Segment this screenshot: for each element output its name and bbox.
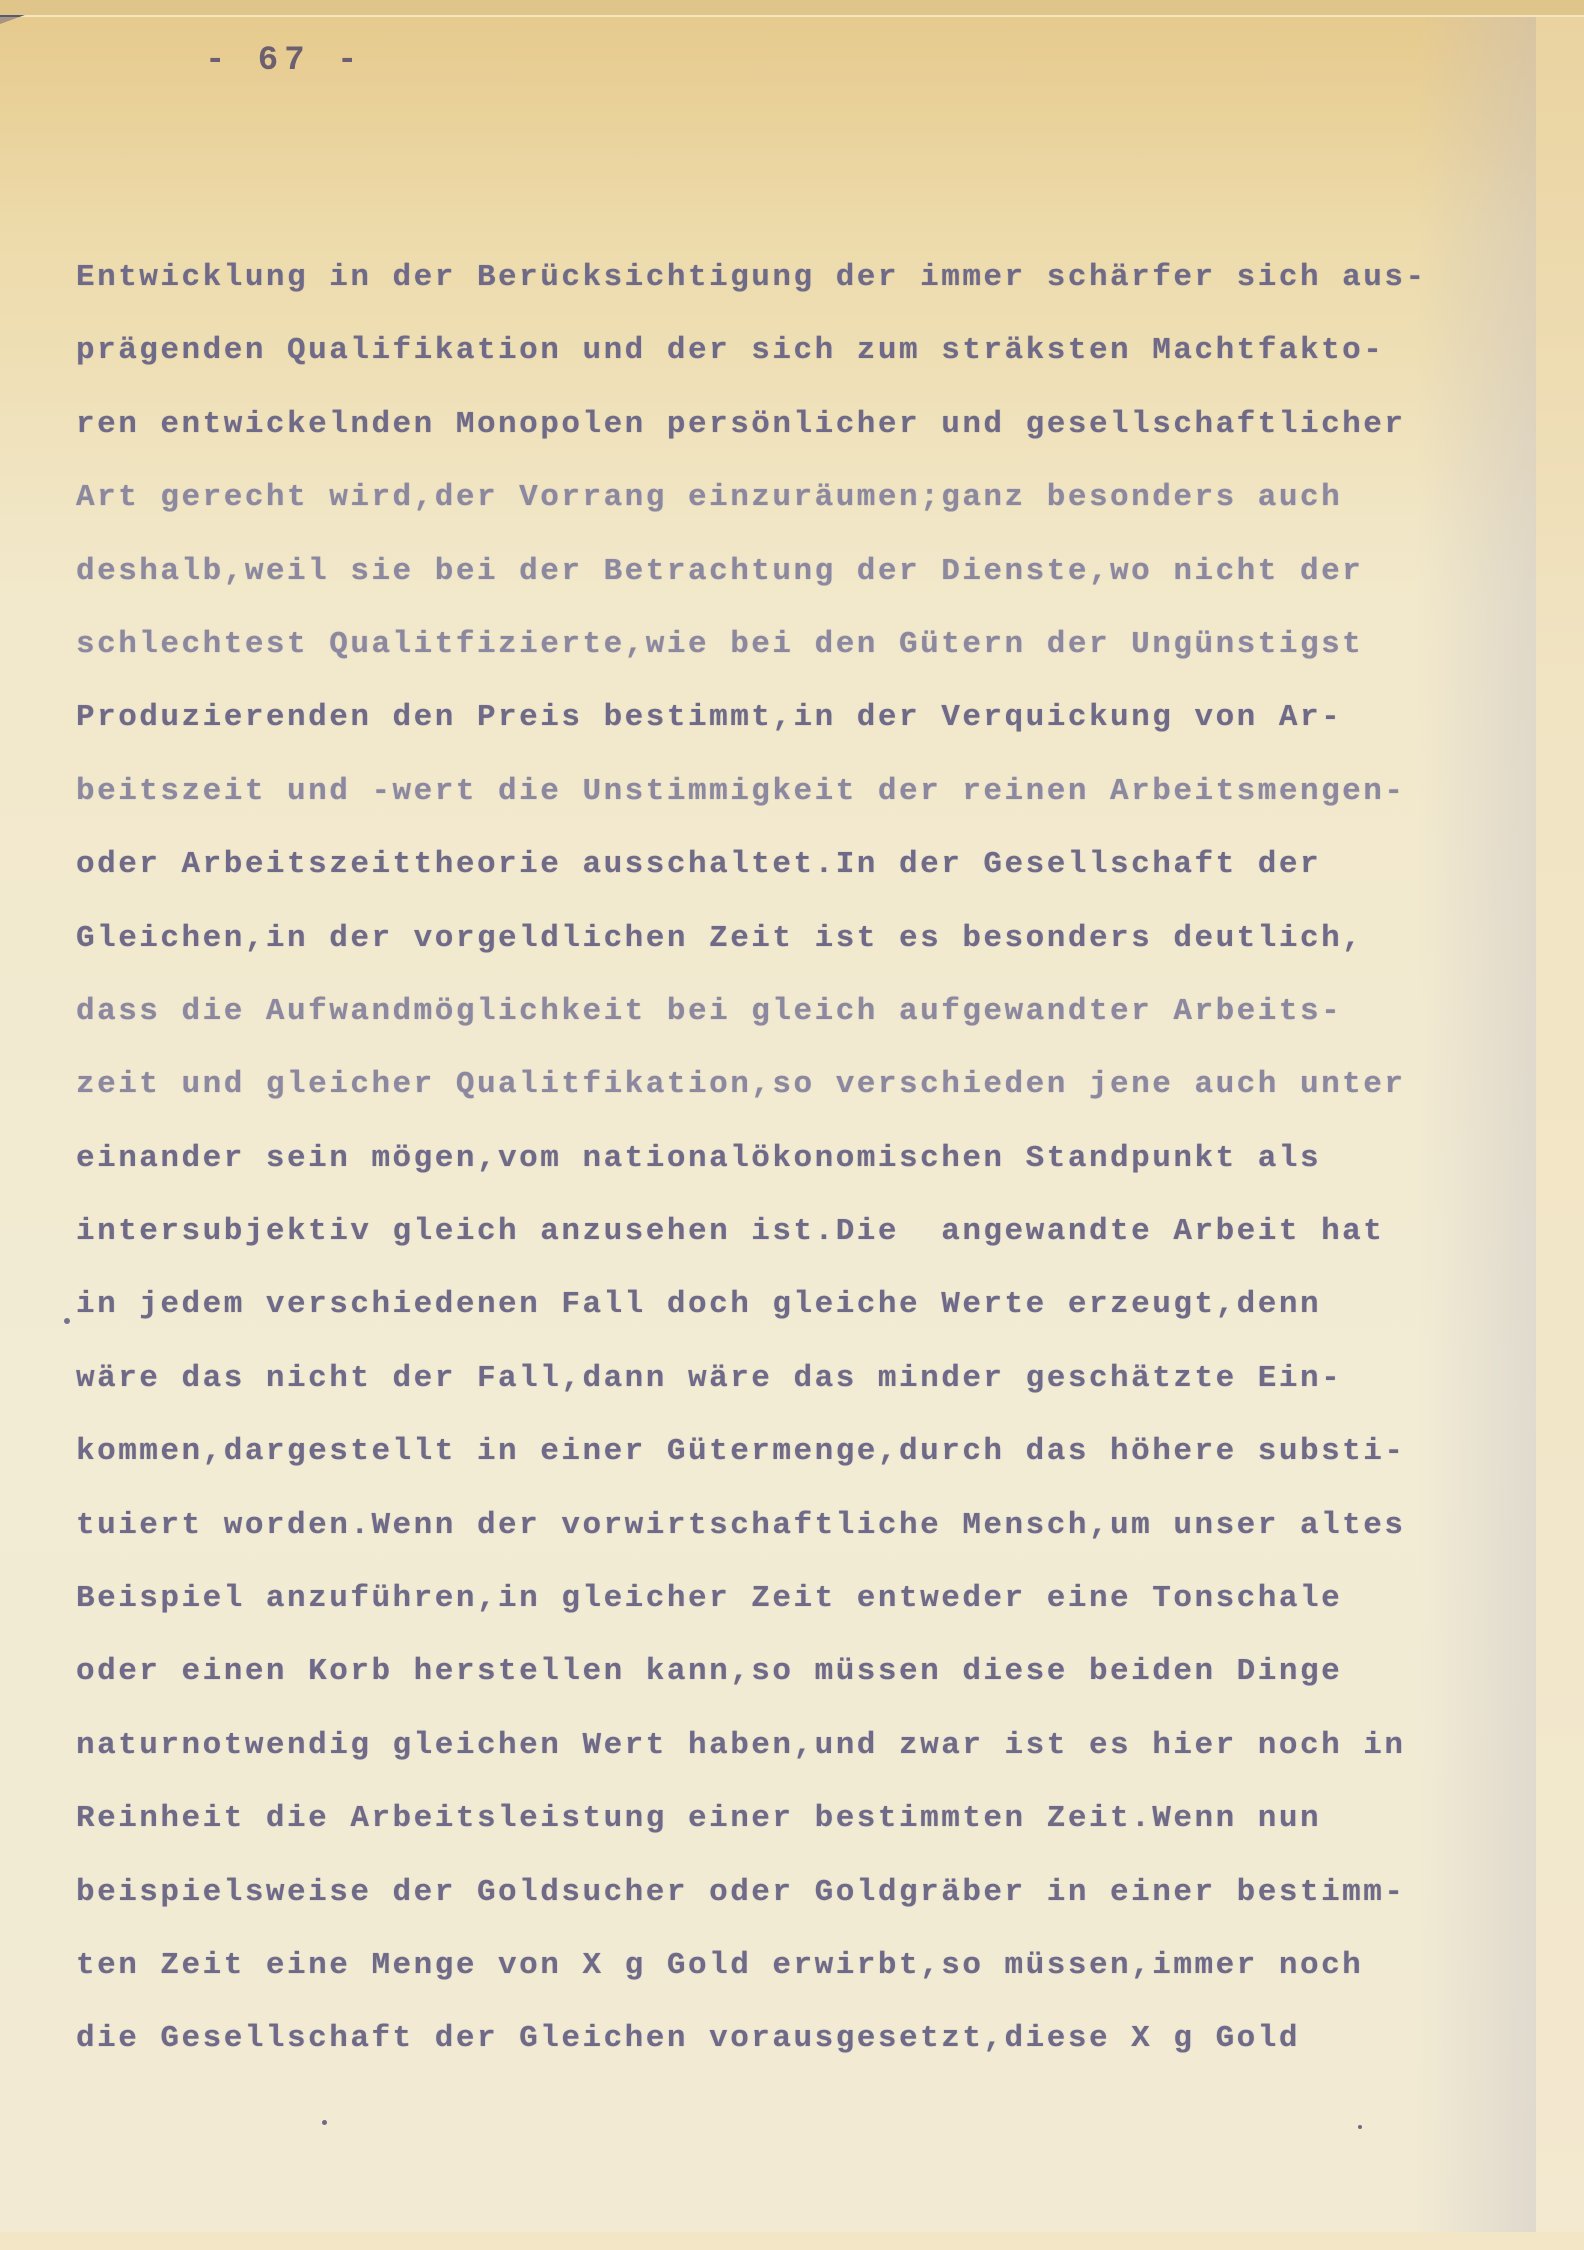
text-line: beitszeit und -wert die Unstimmigkeit de… — [76, 772, 1516, 845]
text-line: Gleichen,in der vorgeldlichen Zeit ist e… — [76, 919, 1516, 992]
text-line: ten Zeit eine Menge von X g Gold erwirbt… — [76, 1946, 1516, 2019]
scanned-page: - 67 - Entwicklung in der Berücksichtigu… — [0, 0, 1584, 2250]
text-line: kommen,dargestellt in einer Gütermenge,d… — [76, 1432, 1516, 1505]
text-line: deshalb,weil sie bei der Betrachtung der… — [76, 552, 1516, 625]
text-line: die Gesellschaft der Gleichen vorausgese… — [76, 2019, 1516, 2092]
text-line: Art gerecht wird,der Vorrang einzuräumen… — [76, 478, 1516, 551]
text-line: tuiert worden.Wenn der vorwirtschaftlich… — [76, 1506, 1516, 1579]
text-line: oder Arbeitszeittheorie ausschaltet.In d… — [76, 845, 1516, 918]
right-scan-border — [1536, 17, 1584, 2250]
ink-speck — [1358, 2125, 1362, 2129]
text-line: schlechtest Qualitfizierte,wie bei den G… — [76, 625, 1516, 698]
text-line: intersubjektiv gleich anzusehen ist.Die … — [76, 1212, 1516, 1285]
text-line: Entwicklung in der Berücksichtigung der … — [76, 258, 1516, 331]
text-line: dass die Aufwandmöglichkeit bei gleich a… — [76, 992, 1516, 1065]
text-line: Produzierenden den Preis bestimmt,in der… — [76, 698, 1516, 771]
text-line: Reinheit die Arbeitsleistung einer besti… — [76, 1799, 1516, 1872]
text-line: wäre das nicht der Fall,dann wäre das mi… — [76, 1359, 1516, 1432]
text-line: oder einen Korb herstellen kann,so müsse… — [76, 1652, 1516, 1725]
page-number: - 67 - — [205, 42, 363, 80]
text-line: ren entwickelnden Monopolen persönlicher… — [76, 405, 1516, 478]
margin-mark — [64, 1318, 70, 1324]
text-line: einander sein mögen,vom nationalökonomis… — [76, 1139, 1516, 1212]
text-line: in jedem verschiedenen Fall doch gleiche… — [76, 1285, 1516, 1358]
text-line: Beispiel anzuführen,in gleicher Zeit ent… — [76, 1579, 1516, 1652]
bottom-scan-border — [0, 2232, 1584, 2250]
body-text: Entwicklung in der Berücksichtigung der … — [76, 258, 1516, 2093]
top-scan-border — [0, 0, 1584, 17]
text-line: zeit und gleicher Qualitfikation,so vers… — [76, 1065, 1516, 1138]
text-line: beispielsweise der Goldsucher oder Goldg… — [76, 1873, 1516, 1946]
text-line: naturnotwendig gleichen Wert haben,und z… — [76, 1726, 1516, 1799]
text-line: prägenden Qualifikation und der sich zum… — [76, 331, 1516, 404]
ink-speck — [322, 2120, 327, 2125]
